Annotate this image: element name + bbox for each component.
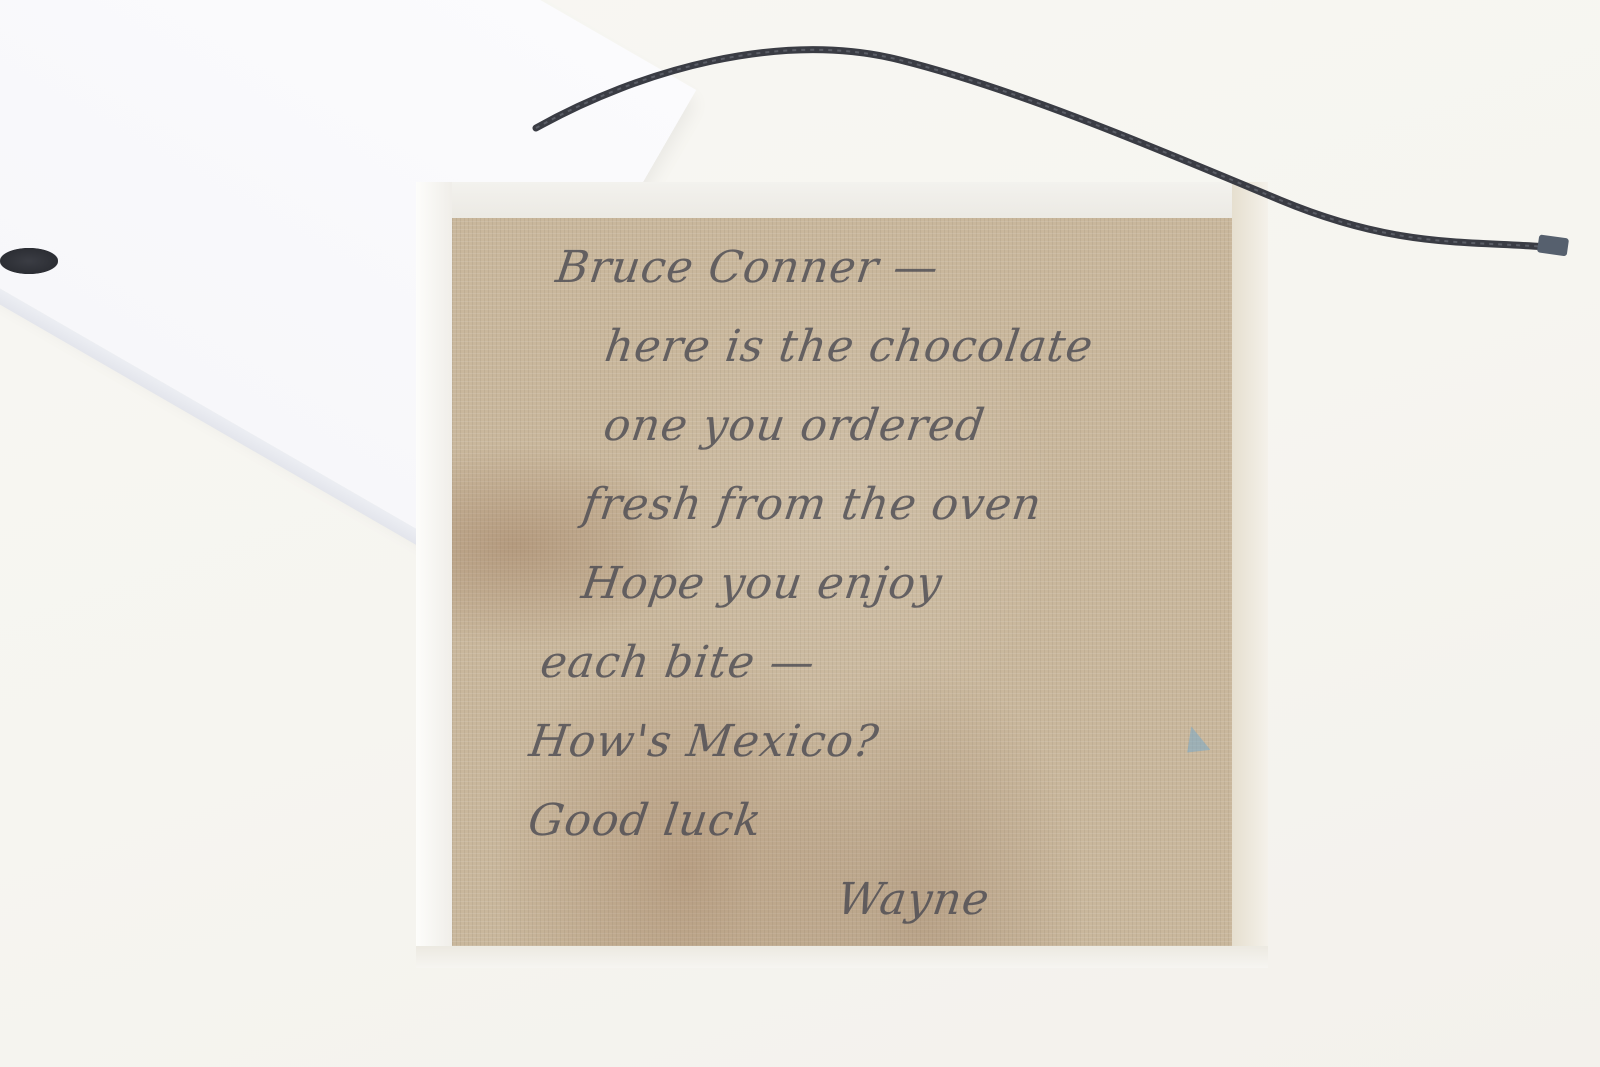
braided-cord	[0, 0, 1600, 1067]
photo-scene: Bruce Conner — here is the chocolate one…	[0, 0, 1600, 1067]
